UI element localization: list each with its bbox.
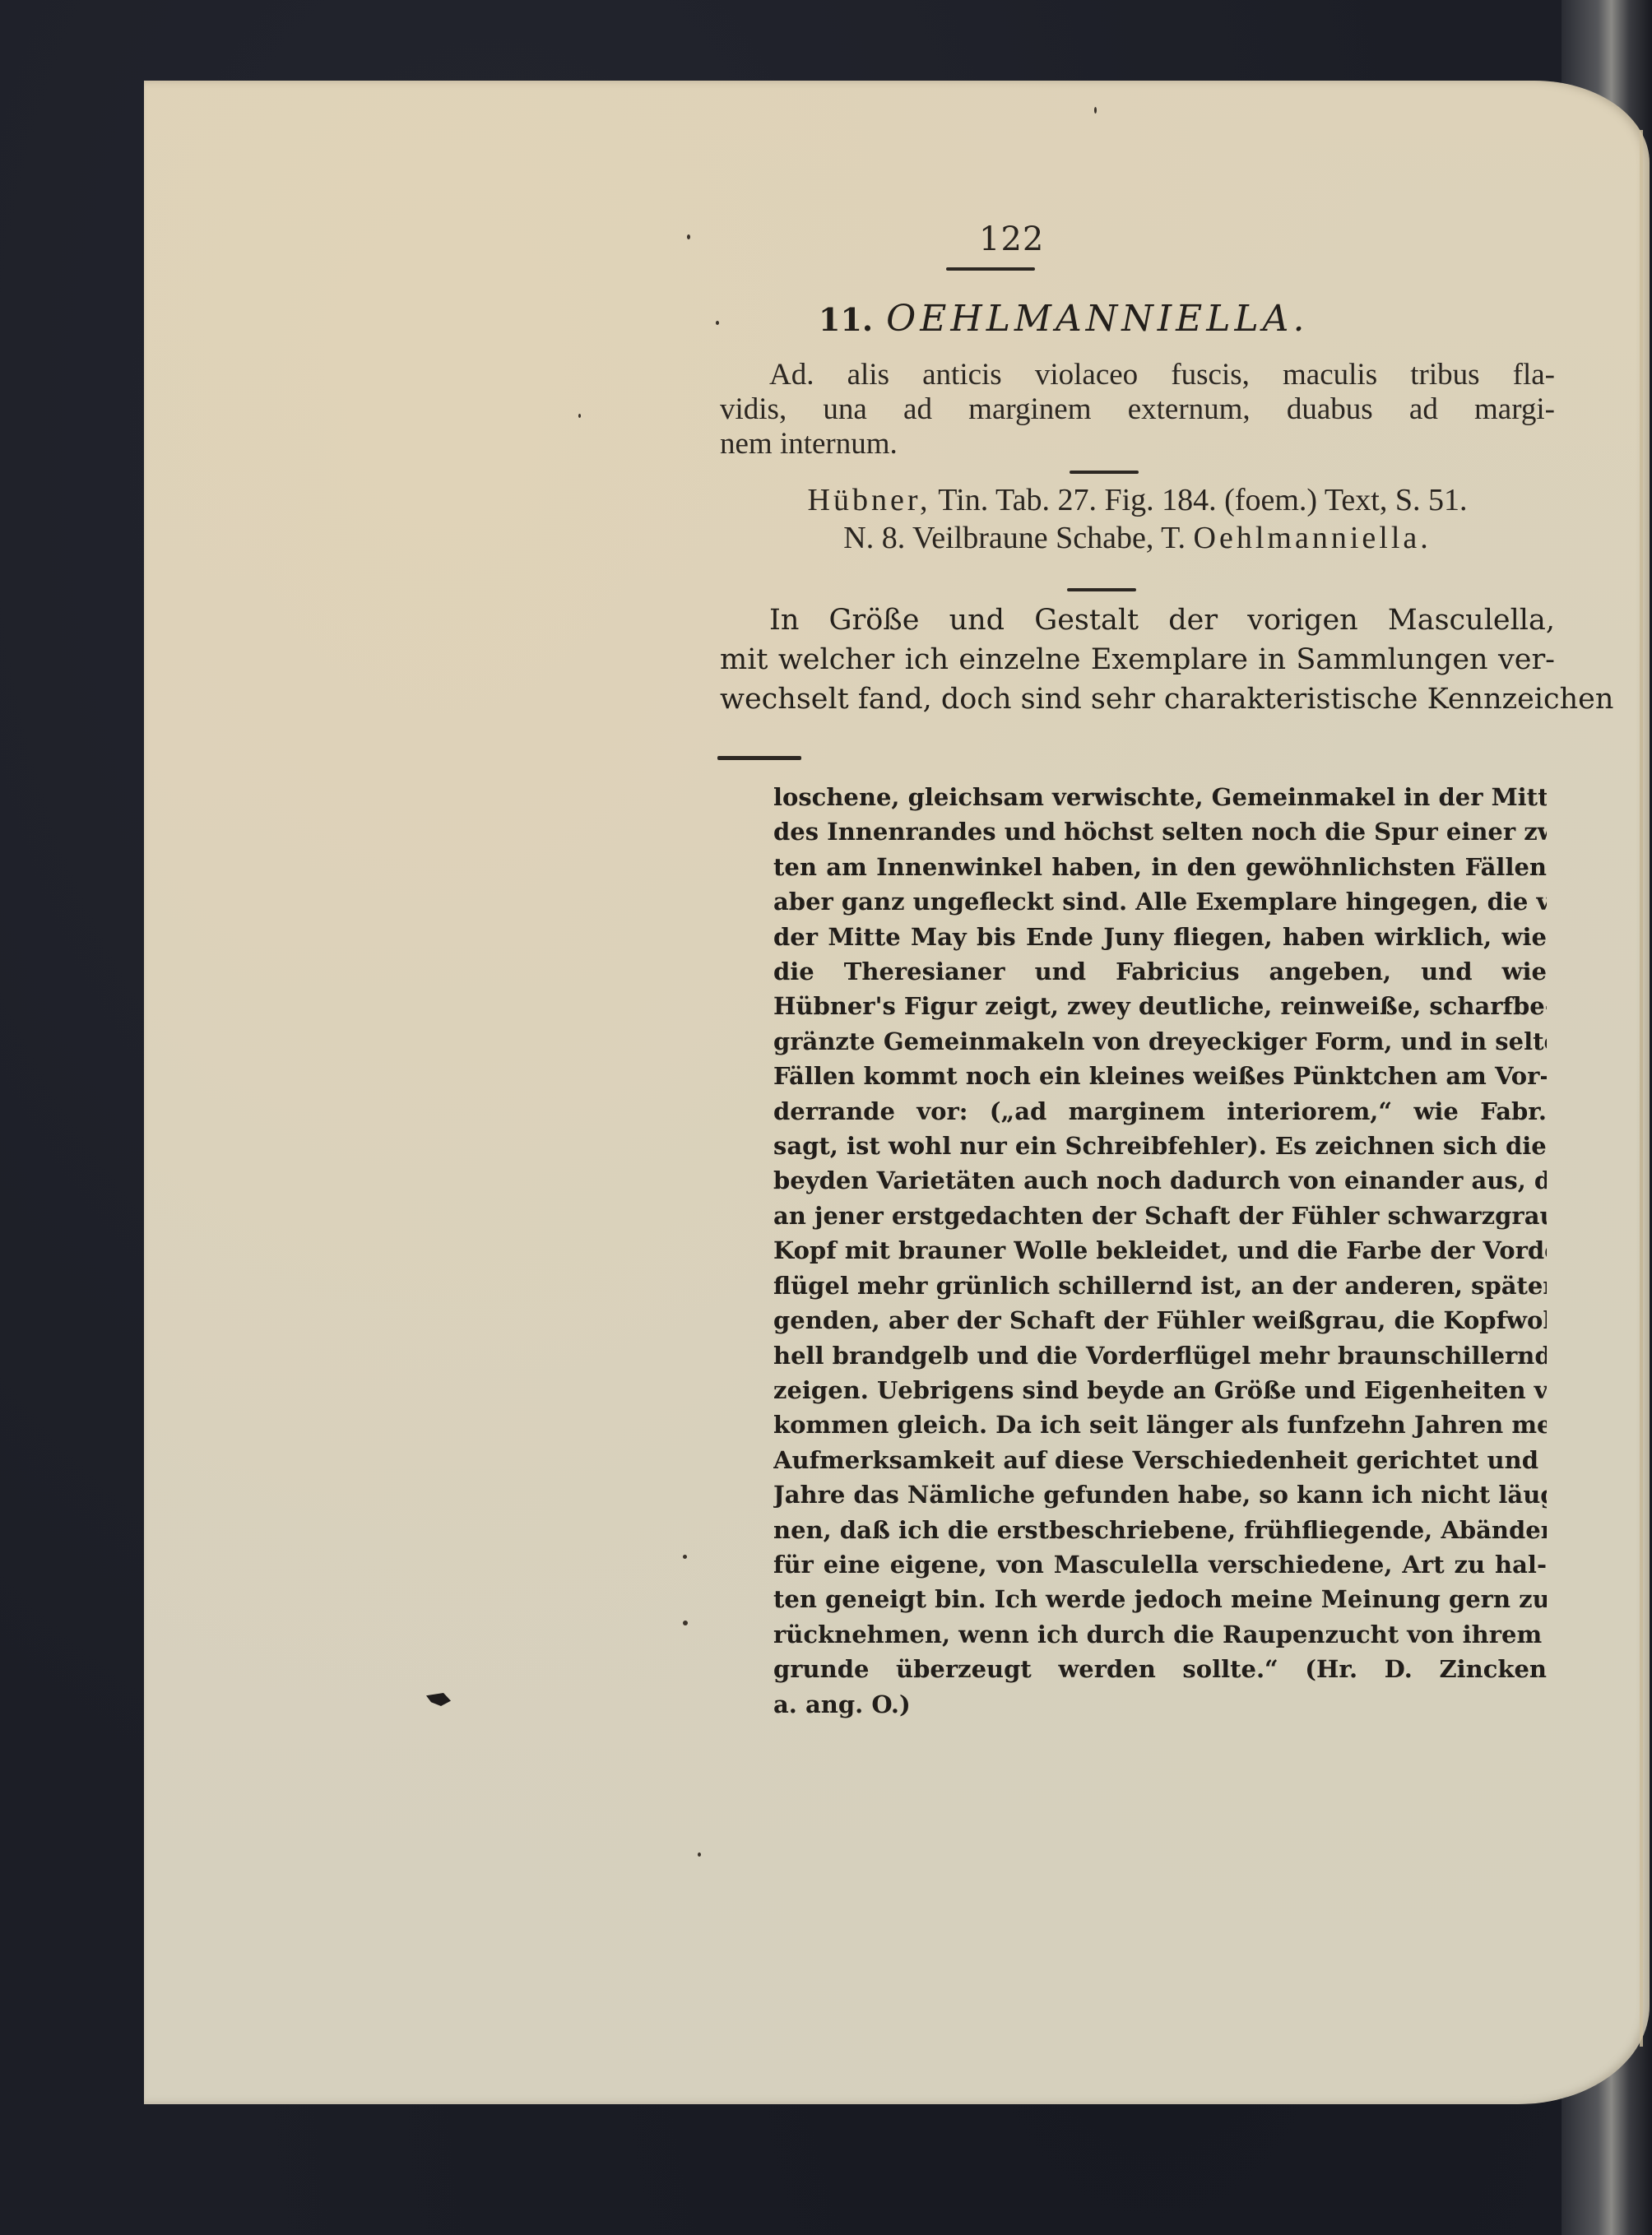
latin-line: Ad. alis anticis violaceo fuscis, maculi… <box>720 358 1555 392</box>
citation-author: Hübner, <box>808 483 931 517</box>
text-line: des Innenrandes und höchst selten noch d… <box>773 814 1547 849</box>
text-line: gränzte Gemeinmakeln von dreyeckiger For… <box>773 1024 1547 1059</box>
text-line: sagt, ist wohl nur ein Schreibfehler). E… <box>773 1129 1547 1163</box>
text-line: ten am Innenwinkel haben, in den gewöhnl… <box>773 850 1547 884</box>
text-line: genden, aber der Schaft der Fühler weißg… <box>773 1303 1547 1338</box>
text-line: a. ang. O.) <box>773 1687 1547 1722</box>
citation-reference: Tin. Tab. 27. Fig. 184. (foem.) Text, S.… <box>938 483 1467 517</box>
text-line: zeigen. Uebrigens sind beyde an Größe un… <box>773 1373 1547 1407</box>
text-line: derrande vor: („ad marginem interiorem,“… <box>773 1094 1547 1129</box>
text-line: beyden Varietäten auch noch dadurch von … <box>773 1163 1547 1198</box>
paper-speck <box>1094 107 1097 114</box>
text-line: loschene, gleichsam verwischte, Gemeinma… <box>773 780 1547 814</box>
divider-rule <box>1070 471 1139 474</box>
latin-line: nem internum. <box>720 427 1555 461</box>
citation-common-name: N. 8. Veilbraune Schabe, T. <box>843 521 1186 555</box>
text-line: kommen gleich. Da ich seit länger als fu… <box>773 1407 1547 1442</box>
paper-speck <box>578 414 581 418</box>
text-line: Hübner's Figur zeigt, zwey deutliche, re… <box>773 989 1547 1023</box>
paper-speck <box>683 1621 688 1625</box>
latin-line: vidis, una ad marginem externum, duabus … <box>720 392 1555 427</box>
paper-speck <box>687 234 690 239</box>
species-name: OEHLMANNIELLA. <box>886 298 1308 340</box>
text-line: rücknehmen, wenn ich durch die Raupenzuc… <box>773 1617 1547 1652</box>
intro-paragraph: In Größe und Gestalt der vorigen Mascule… <box>720 600 1555 719</box>
paper-speck <box>698 1852 701 1857</box>
text-line: In Größe und Gestalt der vorigen Mascule… <box>720 600 1555 640</box>
text-line: hell brandgelb und die Vorderflügel mehr… <box>773 1338 1547 1373</box>
text-line: nen, daß ich die erstbeschriebene, frühf… <box>773 1513 1547 1547</box>
divider-rule <box>946 267 1035 271</box>
text-line: Kopf mit brauner Wolle bekleidet, und di… <box>773 1233 1547 1268</box>
text-line: Fällen kommt noch ein kleines weißes Pün… <box>773 1059 1547 1093</box>
section-heading: 11.OEHLMANNIELLA. <box>819 298 1308 340</box>
text-line: für eine eigene, von Masculella verschie… <box>773 1547 1547 1582</box>
ink-mark <box>426 1693 451 1706</box>
text-line: die Theresianer und Fabricius angeben, u… <box>773 954 1547 989</box>
section-number: 11. <box>819 301 873 338</box>
page-number: 122 <box>979 220 1044 258</box>
divider-rule <box>1067 588 1136 591</box>
text-line: wechselt fand, doch sind sehr charakteri… <box>720 679 1555 719</box>
paper-speck <box>716 321 719 325</box>
citation-line-1: Hübner, Tin. Tab. 27. Fig. 184. (foem.) … <box>720 481 1555 519</box>
citation: Hübner, Tin. Tab. 27. Fig. 184. (foem.) … <box>720 481 1555 557</box>
citation-species: Oehlmanniella. <box>1194 521 1432 555</box>
paper-speck <box>683 1555 687 1559</box>
text-line: ten geneigt bin. Ich werde jedoch meine … <box>773 1582 1547 1616</box>
text-line: Jahre das Nämliche gefunden habe, so kan… <box>773 1477 1547 1512</box>
text-line: flügel mehr grünlich schillernd ist, an … <box>773 1268 1547 1303</box>
text-line: grunde überzeugt werden sollte.“ (Hr. D.… <box>773 1652 1547 1686</box>
text-line: der Mitte May bis Ende Juny fliegen, hab… <box>773 920 1547 954</box>
text-line: an jener erstgedachten der Schaft der Fü… <box>773 1199 1547 1233</box>
text-line: Aufmerksamkeit auf diese Verschiedenheit… <box>773 1443 1547 1477</box>
page-text: 122 11.OEHLMANNIELLA. Ad. alis anticis v… <box>0 0 1652 2235</box>
latin-description: Ad. alis anticis violaceo fuscis, maculi… <box>720 358 1555 461</box>
citation-line-2: N. 8. Veilbraune Schabe, T. Oehlmanniell… <box>720 519 1555 557</box>
text-line: aber ganz ungefleckt sind. Alle Exemplar… <box>773 884 1547 919</box>
text-line: mit welcher ich einzelne Exemplare in Sa… <box>720 640 1555 679</box>
footnote-body: loschene, gleichsam verwischte, Gemeinma… <box>773 780 1547 1722</box>
footnote-rule <box>717 756 801 760</box>
